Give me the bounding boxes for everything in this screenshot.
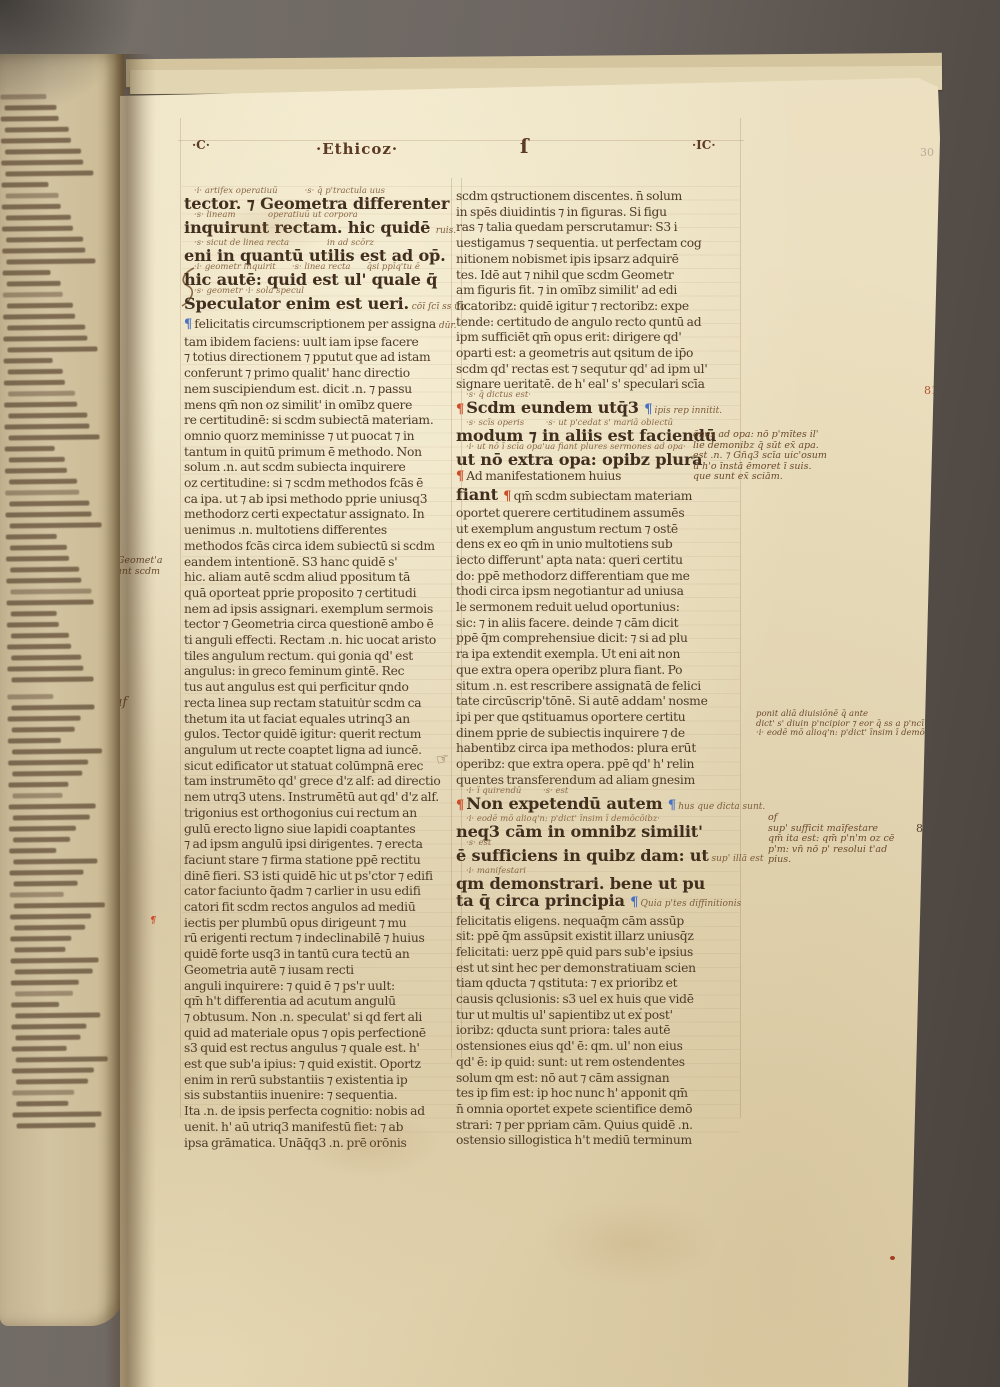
text-segment: ti anguli effecti. Rectam .n. hic uocat … bbox=[184, 633, 436, 647]
illegible-edge-text-line bbox=[3, 270, 51, 276]
margin-note-line: que sunt ex̄ sciām. bbox=[693, 472, 827, 483]
text-segment: tector ⁊ Geometria circa questionē ambo … bbox=[184, 617, 433, 631]
text-column-left: ·i· artifex operatiuū ·s· q̄ p'tractula … bbox=[184, 188, 472, 1150]
text-line: ipm sufficiēt qm̄ opus erit: dirigere qd… bbox=[456, 329, 744, 345]
text-line: scdm qd' rectas est ⁊ sequtur qd' ad ipm… bbox=[456, 361, 744, 377]
text-line: ⁊ totius directionem ⁊ pputut que ad ist… bbox=[184, 349, 472, 365]
text-segment: ca ipa. ut ⁊ ab ipsi methodo pprie unius… bbox=[184, 492, 427, 506]
illegible-edge-text-line bbox=[5, 446, 55, 452]
text-segment: ras ⁊ talia quedam perscrutamur: S3 i bbox=[456, 220, 677, 234]
text-line: faciunt stare ⁊ firma statione ppē recti… bbox=[184, 852, 472, 868]
text-line: quid ad materiale opus ⁊ opis perfection… bbox=[184, 1025, 472, 1041]
illegible-edge-text-line bbox=[10, 545, 67, 551]
text-line: methodos fcās circa idem subiectū si scd… bbox=[184, 538, 472, 554]
text-segment: ⁊ totius directionem ⁊ pputut que ad ist… bbox=[184, 350, 430, 364]
text-line: mens qm̄ non oz similit' in omībz quere bbox=[184, 397, 472, 413]
right-margin-note-1: ōnes ad opa: nō p'mītes il'lie demonibz … bbox=[693, 430, 827, 483]
text-line: ·i· geometr inquirit ·s· linea recta q̄s… bbox=[184, 264, 472, 288]
illegible-edge-text-line bbox=[7, 644, 71, 650]
text-segment: sis substantiis inuenire: ⁊ sequentia. bbox=[184, 1088, 397, 1102]
text-segment: anguli inquirere: ⁊ quid ē ⁊ ps'r uult: bbox=[184, 979, 395, 993]
margin-note-line: of bbox=[768, 813, 894, 824]
text-segment: angulus: in greco feminum gintē. Rec bbox=[184, 664, 404, 678]
illegible-edge-text-line bbox=[6, 556, 69, 562]
text-segment: hic. aliam autē scdm aliud ppositum tā bbox=[184, 570, 410, 584]
illegible-edge-text-line bbox=[11, 633, 69, 639]
illegible-edge-text-line bbox=[11, 1002, 59, 1008]
edge-text-lines bbox=[0, 93, 99, 688]
illegible-edge-text-line bbox=[5, 490, 79, 496]
text-segment: nem utrq3 utens. Instrumētū aut qd' d'z … bbox=[184, 790, 439, 804]
text-segment: qm̄ h't differentia ad acutum angulū bbox=[184, 994, 396, 1008]
text-line: est que sub'a ipius: ⁊ quid existit. Opo… bbox=[184, 1056, 472, 1072]
text-segment: operibz: que extra opera. ppē qd' h' rel… bbox=[456, 757, 694, 771]
text-line: hic. aliam autē scdm aliud ppositum tā bbox=[184, 569, 472, 585]
text-line: felicitati: uerz ppē quid pars sub'e ips… bbox=[456, 944, 744, 960]
text-segment: tam instrumēto qd' grece d'z alf: ad dir… bbox=[184, 774, 441, 788]
text-segment: in spēs diuidintis ⁊ in figuras. Si figu bbox=[456, 205, 667, 219]
text-line: in spēs diuidintis ⁊ in figuras. Si figu bbox=[456, 204, 744, 220]
illegible-edge-text-line bbox=[5, 512, 91, 518]
illegible-edge-text-line bbox=[14, 881, 78, 887]
text-segment: ⁊ ad ipsm angulū ipsi dirigentes. ⁊ erec… bbox=[184, 837, 423, 851]
text-segment: qd' ē: ip quid: sunt: ut rem ostendentes bbox=[456, 1055, 685, 1069]
paraph-mark: ¶ bbox=[644, 402, 652, 417]
illegible-edge-text-line bbox=[8, 391, 75, 397]
illegible-edge-text-line bbox=[17, 1122, 96, 1128]
margin-note-line: pius. bbox=[768, 855, 894, 866]
text-line: ⁊ ad ipsm angulū ipsi dirigentes. ⁊ erec… bbox=[184, 836, 472, 852]
paraph-mark: ¶ bbox=[456, 402, 464, 417]
illegible-edge-text-line bbox=[16, 1101, 68, 1107]
text-segment: le sermonem reduit uelud oportunius: bbox=[456, 600, 680, 614]
illegible-edge-text-line bbox=[7, 666, 83, 672]
text-line: do: ppē methodorz differentiam que me bbox=[456, 568, 744, 584]
text-segment: nitionem nobismet ipis ipsarz adquirē bbox=[456, 252, 679, 266]
text-line: angulus: in greco feminum gintē. Rec bbox=[184, 663, 472, 679]
illegible-edge-text-line bbox=[10, 522, 102, 528]
text-line: tes. Idē aut ⁊ nihil que scdm Geometr bbox=[456, 267, 744, 283]
text-segment: Geometria autē ⁊ iusam recti bbox=[184, 963, 354, 977]
text-segment: rū erigenti rectum ⁊ indeclinabilē ⁊ hui… bbox=[184, 931, 425, 945]
pencil-folio-number: 30 bbox=[920, 146, 934, 159]
illegible-edge-text-line bbox=[11, 655, 81, 661]
text-segment: ipi per que qstituamus oportere certitu bbox=[456, 710, 685, 724]
text-line: ⁊ obtusum. Non .n. speculat' si qd fert … bbox=[184, 1009, 472, 1025]
text-line: trigonius est orthogonius cui rectum an bbox=[184, 805, 472, 821]
text-segment: dinē fieri. S3 isti quidē hic ut ps'ctor… bbox=[184, 869, 433, 883]
text-segment: gulū erecto ligno siue lapidi coaptantes bbox=[184, 822, 415, 836]
text-segment: eandem intentionē. S3 hanc quidē s' bbox=[184, 555, 397, 569]
lemma-text: fiant bbox=[456, 485, 503, 504]
text-segment: recta linea sup rectam statuitur scdm ca bbox=[184, 696, 421, 710]
illegible-edge-text-line bbox=[15, 1012, 100, 1018]
illegible-edge-text-line bbox=[10, 914, 91, 920]
text-segment: scdm qstructionem discentes. n̄ solum bbox=[456, 189, 682, 203]
text-line: ·s· estē sufficiens in quibz dam: ut sup… bbox=[456, 840, 744, 868]
illegible-edge-text-line bbox=[5, 127, 69, 133]
text-line: tiam qducta ⁊ qstituta: ⁊ ex prioribz et bbox=[456, 975, 744, 991]
text-line: omnio quorz meminisse ⁊ ut puocat ⁊ in bbox=[184, 428, 472, 444]
text-line: nem utrq3 utens. Instrumētū aut qd' d'z … bbox=[184, 789, 472, 805]
lemma-text: Non expetendū autem bbox=[466, 794, 668, 813]
illegible-edge-text-line bbox=[13, 837, 70, 843]
illegible-edge-text-line bbox=[11, 980, 79, 986]
paraph-mark: ¶ bbox=[668, 798, 676, 813]
illegible-edge-text-line bbox=[14, 925, 85, 931]
illegible-edge-text-line bbox=[7, 281, 61, 287]
text-line: ra ipa extendit exempla. Ut eni ait non bbox=[456, 646, 744, 662]
illegible-edge-text-line bbox=[5, 105, 57, 111]
text-line: solum .n. aut scdm subiecta inquirere bbox=[184, 459, 472, 475]
text-line: ioribz: qducta sunt priora: tales autē bbox=[456, 1022, 744, 1038]
lemma-text: ut nō extra opa: opibz plura bbox=[456, 450, 702, 469]
illegible-edge-text-line bbox=[12, 1068, 94, 1074]
text-segment: gulos. Tector quidē igitur: querit rectu… bbox=[184, 727, 421, 741]
illegible-edge-text-line bbox=[6, 237, 83, 243]
text-segment: scdm qd' rectas est ⁊ sequtur qd' ad ipm… bbox=[456, 362, 707, 376]
illegible-edge-text-line bbox=[16, 1079, 88, 1085]
text-segment: ipm sufficiēt qm̄ opus erit: dirigere qd… bbox=[456, 330, 681, 344]
text-line: ostensiones eius qd' ē: qm. ul' non eius bbox=[456, 1038, 744, 1054]
illegible-edge-text-line bbox=[10, 589, 91, 595]
text-line: am figuris fit. ⁊ in omībz similit' ad e… bbox=[456, 282, 744, 298]
ruling-line bbox=[178, 140, 744, 141]
illegible-edge-text-line bbox=[1, 182, 48, 188]
text-segment: est que sub'a ipius: ⁊ quid existit. Opo… bbox=[184, 1057, 421, 1071]
text-segment: quentes transferendum ad aliam gnesim bbox=[456, 773, 695, 787]
text-segment: thodi circa ipsm negotiantur ad uniusa bbox=[456, 584, 684, 598]
text-line: ·s· q̄ dictus est·¶Scdm eundem utq̄3 ¶ip… bbox=[456, 392, 744, 420]
text-line: ·i· manifestariqm demonstrari. bene ut p… bbox=[456, 868, 744, 892]
illegible-edge-text-line bbox=[13, 815, 90, 821]
parchment-stain bbox=[540, 1198, 720, 1288]
illegible-edge-text-line bbox=[6, 578, 81, 584]
text-line: uestigamus ⁊ sequentia. ut perfectam cog bbox=[456, 235, 744, 251]
text-segment: quid ad materiale opus ⁊ opis perfection… bbox=[184, 1026, 426, 1040]
text-line: qd' ē: ip quid: sunt: ut rem ostendentes bbox=[456, 1054, 744, 1070]
text-segment: uestigamus ⁊ sequentia. ut perfectam cog bbox=[456, 236, 702, 250]
illegible-edge-text-line bbox=[15, 1035, 80, 1041]
text-segment: omnio quorz meminisse ⁊ ut puocat ⁊ in bbox=[184, 429, 414, 443]
text-line: tes ip fim est: ip hoc nunc h' apponit q… bbox=[456, 1085, 744, 1101]
text-segment: qm̄ scdm subiectam materiam bbox=[514, 489, 693, 503]
illegible-edge-text-line bbox=[12, 727, 75, 733]
text-segment: dens ex eo qm̄ in unio multotiens sub bbox=[456, 537, 673, 551]
text-segment: felicitati: uerz ppē quid pars sub'e ips… bbox=[456, 945, 693, 959]
illegible-edge-text-line bbox=[1, 160, 83, 166]
text-segment: solum .n. aut scdm subiecta inquirere bbox=[184, 460, 406, 474]
illegible-edge-text-line bbox=[11, 1024, 86, 1030]
text-line: causis qclusionis: s3 uel ex huis que vi… bbox=[456, 991, 744, 1007]
text-line: qm̄ h't differentia ad acutum angulū bbox=[184, 993, 472, 1009]
illegible-edge-text-line bbox=[9, 457, 65, 463]
text-segment: felicitatis circumscriptionem per assign… bbox=[194, 317, 436, 331]
text-line: gulū erecto ligno siue lapidi coaptantes bbox=[184, 821, 472, 837]
text-segment: enim in rerū substantiis ⁊ existentia ip bbox=[184, 1073, 408, 1087]
parchment-stain bbox=[210, 198, 330, 258]
running-title-left-mark: ·C· bbox=[192, 138, 210, 152]
text-line: recta linea sup rectam statuitur scdm ca bbox=[184, 695, 472, 711]
ink-speck bbox=[890, 1256, 895, 1260]
text-segment: nem ad ipsis assignari. exemplum sermois bbox=[184, 602, 433, 616]
illegible-edge-text-line bbox=[8, 369, 63, 375]
illegible-edge-text-line bbox=[12, 1046, 67, 1052]
text-segment: ostensiones eius qd' ē: qm. ul' non eius bbox=[456, 1039, 683, 1053]
illegible-edge-text-line bbox=[5, 149, 81, 155]
text-line: thodi circa ipsm negotiantur ad uniusa bbox=[456, 583, 744, 599]
quire-mark-81: 81 bbox=[924, 384, 938, 397]
text-line: anguli inquirere: ⁊ quid ē ⁊ ps'r uult: bbox=[184, 978, 472, 994]
illegible-edge-text-line bbox=[13, 793, 63, 799]
text-segment: conferunt ⁊ primo qualit' hanc directio bbox=[184, 366, 410, 380]
text-line: ·s· geometr ·i· sola speculSpeculator en… bbox=[184, 288, 472, 316]
text-segment: quā oporteat pprie proposito ⁊ certitudi bbox=[184, 586, 416, 600]
illegible-edge-text-line bbox=[7, 303, 73, 309]
text-line: re certitudinē: si scdm subiectā materia… bbox=[184, 412, 472, 428]
right-margin-note-2: ponit aliā diuisiōnē q̄ antedict' s' diu… bbox=[756, 710, 950, 739]
text-line: est ut sint hec per demonstratiuam scien bbox=[456, 960, 744, 976]
text-line: tam instrumēto qd' grece d'z alf: ad dir… bbox=[184, 773, 472, 789]
photograph-backdrop: ·C· ·Ethicoz· ſ ·IC· ·i· artifex operati… bbox=[0, 0, 1000, 1387]
text-segment: tiles angulum rectum. qui gonia qd' est bbox=[184, 649, 413, 663]
margin-note-line: ·i· eodē mō alioq'n: p'dict' īnsim ī dem… bbox=[756, 729, 950, 739]
text-segment: cator faciunto q̄adm ⁊ carlier in usu ed… bbox=[184, 884, 421, 898]
text-segment: quidē forte usq3 in tantū cura tectū an bbox=[184, 947, 410, 961]
text-segment: causis qclusionis: s3 uel ex huis que vi… bbox=[456, 992, 694, 1006]
text-line: nitionem nobismet ipis ipsarz adquirē bbox=[456, 251, 744, 267]
illegible-edge-text-line bbox=[6, 258, 95, 264]
text-line: dinem pprie de subiectis inquirere ⁊ de bbox=[456, 725, 744, 741]
running-title: ·Ethicoz· bbox=[316, 140, 398, 158]
text-line: ostensio sillogistica h't mediū terminum bbox=[456, 1132, 744, 1148]
illegible-edge-text-line bbox=[12, 1111, 101, 1117]
text-line: ras ⁊ talia quedam perscrutamur: S3 i bbox=[456, 219, 744, 235]
text-segment: nem suscipiendum est. dicit .n. ⁊ passu bbox=[184, 382, 412, 396]
illegible-edge-text-line bbox=[4, 358, 53, 364]
illegible-edge-text-line bbox=[10, 892, 64, 898]
illegible-edge-text-line bbox=[5, 170, 93, 176]
text-line: quā oporteat pprie proposito ⁊ certitudi bbox=[184, 585, 472, 601]
text-line: ficatoribz: quidē igitur ⁊ rectoribz: ex… bbox=[456, 298, 744, 314]
text-segment: ficatoribz: quidē igitur ⁊ rectoribz: ex… bbox=[456, 299, 689, 313]
text-segment: sic: ⁊ in aliis facere. deinde ⁊ cām dic… bbox=[456, 616, 678, 630]
illegible-edge-text-line bbox=[1, 138, 71, 144]
illegible-edge-text-line bbox=[8, 782, 68, 788]
edge-text-lines bbox=[7, 693, 98, 1134]
text-line: angulum ut recte coaptet ligna ad iuncē. bbox=[184, 742, 472, 758]
text-line: sis substantiis inuenire: ⁊ sequentia. bbox=[184, 1087, 472, 1103]
text-line: tus aut angulus est qui perficitur qndo bbox=[184, 679, 472, 695]
text-segment: tam ibidem faciens: uult iam ipse facere bbox=[184, 335, 419, 349]
margin-note-line: ōnes ad opa: nō p'mītes il' bbox=[693, 430, 827, 441]
text-line: sic: ⁊ in aliis facere. deinde ⁊ cām dic… bbox=[456, 615, 744, 631]
illegible-edge-text-line bbox=[2, 204, 61, 210]
text-line: tate circūscrip'tōnē. Si autē addam' nos… bbox=[456, 693, 744, 709]
illegible-edge-text-line bbox=[12, 1090, 74, 1096]
text-segment: ⁊ obtusum. Non .n. speculat' si qd fert … bbox=[184, 1010, 422, 1024]
illegible-edge-text-line bbox=[12, 748, 102, 754]
text-segment: tiam qducta ⁊ qstituta: ⁊ ex prioribz et bbox=[456, 976, 677, 990]
illegible-edge-text-line bbox=[16, 1056, 108, 1062]
illegible-edge-text-line bbox=[7, 694, 53, 700]
illegible-edge-text-line bbox=[11, 957, 99, 963]
illegible-edge-text-line bbox=[8, 738, 61, 744]
text-segment: dūr. bbox=[436, 321, 457, 331]
text-segment: uenimus .n. multotiens differentes bbox=[184, 523, 387, 537]
illegible-edge-text-line bbox=[9, 479, 77, 485]
lemma-text: Speculator enim est ueri. bbox=[184, 294, 409, 313]
text-segment: sicut edificator ut statuat colūmpnā ere… bbox=[184, 759, 423, 773]
text-segment: ppē q̄m comprehensiue dicit: ⁊ si ad plu bbox=[456, 631, 688, 645]
illegible-edge-text-line bbox=[9, 434, 100, 440]
illegible-edge-text-line bbox=[10, 936, 71, 942]
text-line: situm .n. est rescribere assignatā de fe… bbox=[456, 678, 744, 694]
lemma-text: ē sufficiens in quibz dam: ut bbox=[456, 846, 709, 865]
text-segment: hus que dicta sunt. bbox=[678, 802, 765, 812]
text-segment: sit: ppē q̄m assūpsit existit illarz uni… bbox=[456, 929, 694, 943]
text-segment: re certitudinē: si scdm subiectā materia… bbox=[184, 413, 434, 427]
text-line: gulos. Tector quidē igitur: querit rectu… bbox=[184, 726, 472, 742]
speck bbox=[640, 1008, 642, 1010]
text-segment: am figuris fit. ⁊ in omībz similit' ad e… bbox=[456, 283, 677, 297]
text-line: uenimus .n. multotiens differentes bbox=[184, 522, 472, 538]
lemma-text: ta q̄ circa principia bbox=[456, 891, 630, 910]
illegible-edge-text-line bbox=[3, 336, 87, 342]
text-line: que extra opera operibz plura fiant. Po bbox=[456, 662, 744, 678]
text-segment: tantum in quitū primum ē methodo. Non bbox=[184, 445, 422, 459]
text-line: oportet querere certitudinem assumēs bbox=[456, 505, 744, 521]
text-line: iecto differunt' apta nata꞉ queri certit… bbox=[456, 552, 744, 568]
text-segment: tus aut angulus est qui perficitur qndo bbox=[184, 680, 409, 694]
text-line: tende: certitudo de angulo recto quntū a… bbox=[456, 314, 744, 330]
illegible-edge-text-line bbox=[4, 380, 65, 386]
parchment-stain bbox=[300, 1108, 440, 1178]
text-segment: Quia p'tes diffinitionis bbox=[641, 899, 742, 909]
text-segment: oparti est: a geometris aut qsitum de ip… bbox=[456, 346, 693, 360]
text-line: oz certitudine: si ⁊ scdm methodos fcās … bbox=[184, 475, 472, 491]
text-segment: ruis. bbox=[436, 226, 456, 236]
text-segment: tes ip fim est: ip hoc nunc h' apponit q… bbox=[456, 1086, 688, 1100]
text-line: tur ut multis ul' sapientibz ut ex post' bbox=[456, 1007, 744, 1023]
text-line: ppē q̄m comprehensiue dicit: ⁊ si ad plu bbox=[456, 630, 744, 646]
illegible-edge-text-line bbox=[9, 826, 76, 832]
text-line: scdm qstructionem discentes. n̄ solum bbox=[456, 188, 744, 204]
illegible-edge-text-line bbox=[9, 848, 56, 854]
text-segment: tende: certitudo de angulo recto quntū a… bbox=[456, 315, 701, 329]
illegible-edge-text-line bbox=[6, 215, 71, 221]
text-segment: tate circūscrip'tōnē. Si autē addam' nos… bbox=[456, 694, 708, 708]
illegible-edge-text-line bbox=[11, 611, 57, 617]
illegible-edge-text-line bbox=[8, 760, 88, 766]
text-segment: iecto differunt' apta nata꞉ queri certit… bbox=[456, 553, 683, 567]
text-line: tam ibidem faciens: uult iam ipse facere bbox=[184, 334, 472, 350]
illegible-edge-text-line bbox=[6, 193, 59, 199]
illegible-edge-text-line bbox=[14, 947, 65, 953]
text-segment: faciunt stare ⁊ firma statione ppē recti… bbox=[184, 853, 421, 867]
illegible-edge-text-line bbox=[7, 346, 97, 352]
text-segment: oportet querere certitudinem assumēs bbox=[456, 506, 684, 520]
text-segment: strari: ⁊ per ppriam cām. Quius quidē .n… bbox=[456, 1118, 693, 1132]
text-line: catori fit scdm rectos angulos ad mediū bbox=[184, 899, 472, 915]
text-line: sit: ppē q̄m assūpsit existit illarz uni… bbox=[456, 928, 744, 944]
illegible-edge-text-line bbox=[14, 902, 105, 908]
text-line: ta q̄ circa principia ¶Quia p'tes diffin… bbox=[456, 892, 744, 913]
text-line: cator faciunto q̄adm ⁊ carlier in usu ed… bbox=[184, 883, 472, 899]
right-margin-note-3: ofsup' sufficit maīfestareqm̄ ita est: q… bbox=[768, 813, 894, 866]
text-segment: methodos fcās circa idem subiectū si scd… bbox=[184, 539, 435, 553]
text-segment: ioribz: qducta sunt priora: tales autē bbox=[456, 1023, 670, 1037]
running-title-right-mark: ·IC· bbox=[692, 138, 716, 152]
text-line: quidē forte usq3 in tantū cura tectū an bbox=[184, 946, 472, 962]
text-line: ·i· ī quirendū ·s· est¶Non expetendū aut… bbox=[456, 788, 744, 816]
text-segment: angulum ut recte coaptet ligna ad iuncē. bbox=[184, 743, 422, 757]
illegible-edge-text-line bbox=[4, 402, 77, 408]
text-segment: sup' illā est bbox=[709, 854, 764, 864]
text-segment: tes. Idē aut ⁊ nihil que scdm Geometr bbox=[456, 268, 674, 282]
text-segment: oz certitudine: si ⁊ scdm methodos fcās … bbox=[184, 476, 423, 490]
illegible-edge-text-line bbox=[12, 771, 82, 777]
illegible-edge-text-line bbox=[7, 622, 59, 628]
margin-note-line: qm̄ ita est: qm̄ p'n'm oz cē bbox=[768, 834, 894, 845]
text-segment: trigonius est orthogonius cui rectum an bbox=[184, 806, 417, 820]
text-line: ¶felicitatis circumscriptionem per assig… bbox=[184, 316, 472, 334]
paraph-mark: ¶ bbox=[184, 317, 192, 332]
text-line: oparti est: a geometris aut qsitum de ip… bbox=[456, 345, 744, 361]
text-line: eandem intentionē. S3 hanc quidē s' bbox=[184, 554, 472, 570]
illegible-edge-text-line bbox=[7, 599, 94, 605]
text-line: ca ipa. ut ⁊ ab ipsi methodo pprie unius… bbox=[184, 491, 472, 507]
paraph-mark: ¶ bbox=[456, 469, 464, 484]
illegible-edge-text-line bbox=[9, 501, 89, 507]
illegible-edge-text-line bbox=[8, 716, 81, 722]
gutter-shadow bbox=[104, 54, 156, 1387]
quire-mark-87: 87 bbox=[916, 822, 930, 835]
text-line: habentibz circa ipa methodos: plura erūt bbox=[456, 740, 744, 756]
text-segment: est ut sint hec per demonstratiuam scien bbox=[456, 961, 696, 975]
text-segment: ipis rep innitit. bbox=[654, 406, 722, 416]
text-segment: habentibz circa ipa methodos: plura erūt bbox=[456, 741, 696, 755]
text-line: tiles angulum rectum. qui gonia qd' est bbox=[184, 648, 472, 664]
illegible-edge-text-line bbox=[9, 803, 96, 809]
illegible-edge-text-line bbox=[3, 292, 63, 298]
manuscript-page: ·C· ·Ethicoz· ſ ·IC· ·i· artifex operati… bbox=[120, 78, 940, 1387]
text-line: methodorz certi expectatur assignato. In bbox=[184, 506, 472, 522]
illegible-edge-text-line bbox=[2, 226, 73, 232]
text-line: nem suscipiendum est. dicit .n. ⁊ passu bbox=[184, 381, 472, 397]
text-segment: Ad manifestationem huius bbox=[466, 469, 621, 483]
text-line: conferunt ⁊ primo qualit' hanc directio bbox=[184, 365, 472, 381]
text-line: iectis per plumbū opus dirigeunt ⁊ mu bbox=[184, 915, 472, 931]
text-line: operibz: que extra opera. ppē qd' h' rel… bbox=[456, 756, 744, 772]
text-line: tector ⁊ Geometria circa questionē ambo … bbox=[184, 616, 472, 632]
paraph-mark: ¶ bbox=[630, 895, 638, 910]
lemma-text: Scdm eundem utq̄3 bbox=[466, 398, 644, 417]
text-line: ti anguli effecti. Rectam .n. hic uocat … bbox=[184, 632, 472, 648]
text-line: enim in rerū substantiis ⁊ existentia ip bbox=[184, 1072, 472, 1088]
speck bbox=[360, 698, 362, 700]
illegible-edge-text-line bbox=[4, 424, 89, 430]
text-line: ·i· eodē mō alioq'n: p'dict' īnsim ī dem… bbox=[456, 816, 744, 840]
illegible-edge-text-line bbox=[6, 534, 57, 540]
text-line: felicitatis eligens. nequaq̄m cām assūp bbox=[456, 913, 744, 929]
text-segment: solum qm est: nō aut ⁊ cām assignan bbox=[456, 1071, 669, 1085]
text-line: dens ex eo qm̄ in unio multotiens sub bbox=[456, 536, 744, 552]
text-line: nem ad ipsis assignari. exemplum sermois bbox=[184, 601, 472, 617]
illegible-edge-text-line bbox=[15, 969, 93, 975]
text-segment: situm .n. est rescribere assignatā de fe… bbox=[456, 679, 701, 693]
text-line: le sermonem reduit uelud oportunius: bbox=[456, 599, 744, 615]
